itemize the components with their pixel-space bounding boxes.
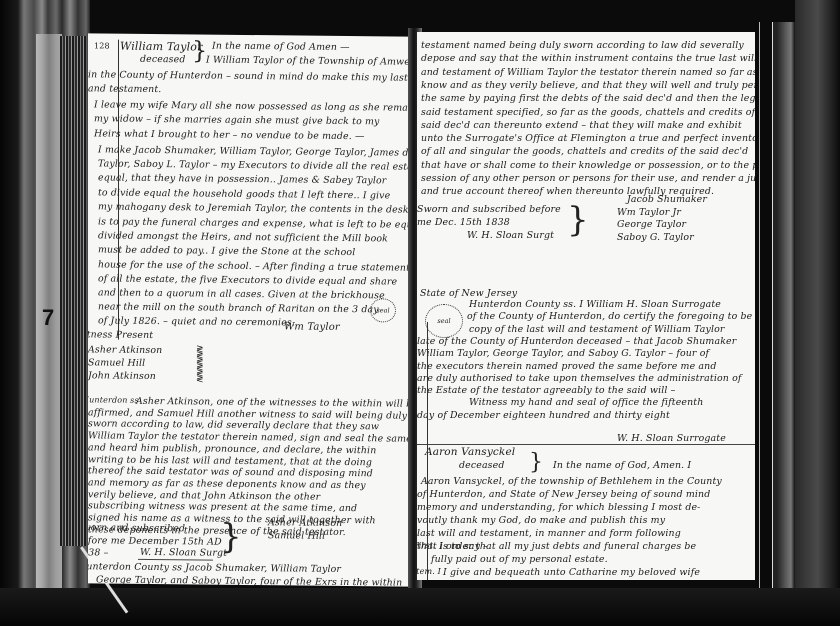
jurat-surrogate-left: W. H. Sloan Surgt [140,547,227,559]
manuscript-line: said dec'd can thereunto extend – that t… [421,120,742,131]
will-text-left: In the name of God Amen —I William Taylo… [88,33,410,36]
manuscript-line: of July 1826. – quiet and no ceremonies. [98,315,295,328]
page-edges-left [60,36,86,546]
manuscript-line: and then to a quorum in all cases. Given… [98,287,385,301]
scan-background-bottom [0,588,840,626]
manuscript-line: the Estate of the testator agreeably to … [417,385,676,396]
state-heading: State of New Jersey [420,288,517,299]
manuscript-line: Hunterdon County ss. I William H. Sloan … [469,299,721,310]
manuscript-line: I William Taylor of the Township of Amwe… [206,55,410,68]
witness-list: Asher AtkinsonSamuel HillJohn Atkinson [88,33,410,36]
manuscript-line: house for the use of the school. – After… [98,259,410,273]
book-cover-right [795,0,840,626]
manuscript-line: Taylor, Saboy L. Taylor – my Executors t… [98,158,410,172]
manuscript-line: session of any other person or persons f… [421,173,755,184]
manuscript-line: In the name of God, Amen. I [553,460,691,471]
manuscript-line: know and as they verily believe, and tha… [421,80,755,91]
jurat-brace-right: } [567,200,589,240]
manuscript-line: last will and testament, in manner and f… [417,528,681,539]
entry-name: William Taylor [120,40,202,54]
manuscript-line: of all the estate, the five Executors to… [98,273,397,287]
manuscript-line: divided amongst the Heirs, and not suffi… [98,230,388,244]
entry2-brace: } [529,450,543,475]
manuscript-line: day of December eighteen hundred and thi… [417,410,670,421]
entry-brace: } [192,36,207,64]
right-page: testament named being duly sworn accordi… [417,32,755,580]
manuscript-line: William Taylor, George Taylor, and Saboy… [417,348,709,359]
witness-heading: Witness Present [88,329,153,341]
witness-signature: John Atkinson [88,370,156,382]
manuscript-line: late of the County of Hunterdon deceased… [417,336,736,347]
executor-signature: Saboy G. Taylor [617,232,694,243]
entry2-name: Aaron Vansyckel [425,446,515,458]
executor-signature: Jacob Shumaker [627,194,707,205]
manuscript-line: voutly thank my God, do make and publish… [417,515,665,526]
testator-signature: Wm Taylor [284,321,340,333]
witness-proof-text: Asher Atkinson, one of the witnesses to … [88,33,410,36]
manuscript-line: said testament specified, so far as the … [421,107,755,118]
proof-margin-label: Hunterdon ss [88,395,139,405]
deponent-signature: Asher Atkinson [268,517,342,529]
manuscript-line: equal, that they have in possession.. Ja… [98,172,386,186]
manuscript-line: of the County of Hunterdon, do certify t… [467,311,755,322]
manuscript-line: In the name of God Amen — [212,41,350,53]
manuscript-line: copy of the last will and testament of W… [469,324,725,335]
signature-underline [138,559,213,561]
left-page: 128 William Taylor deceased } In the nam… [88,33,410,586]
entry-divider [417,444,755,445]
manuscript-line: the executors therein named proved the s… [417,361,717,372]
jurat-surrogate-right: W. H. Sloan Surgt [467,230,554,241]
manuscript-line: before me December 15th AD [88,535,222,548]
manuscript-line: must be added to pay.. I give the Stone … [98,244,355,258]
margin-rule-right [427,322,428,580]
manuscript-line: near the mill on the south branch of Rar… [98,301,379,315]
executor-signature: Wm Taylor Jr [617,207,681,218]
witness-brace-icon: ≷≷≷≷≷≷ [196,346,203,382]
manuscript-line: fully paid out of my personal estate. [431,554,608,565]
jurat-left: Sworn and subscribedbefore me December 1… [88,33,410,36]
manuscript-line: Witness my hand and seal of office the f… [469,397,703,408]
manuscript-line: memory and understanding, for which bles… [417,502,701,513]
item-tag: Item. I [417,567,441,576]
deponent-signature: Samuel Hill [268,530,325,542]
manuscript-line: 1838 – [88,547,108,558]
manuscript-line: of Hunterdon, and State of New Jersey be… [417,489,710,500]
wax-seal-icon: Wm Taylor sealseal [370,298,396,322]
manuscript-line: the same by paying first the debts of th… [421,93,755,104]
witness-signature: Asher Atkinson [88,344,162,356]
manuscript-line: Hunterdon County ss Jacob Shumaker, Will… [88,561,341,575]
manuscript-line: Sworn and subscribed before [417,204,561,215]
certificate-signature: W. H. Sloan Surrogate [617,433,726,444]
manuscript-line: I make Jacob Shumaker, William Taylor, G… [98,144,410,158]
manuscript-line: my mahogany desk to Jeremiah Taylor, the… [98,201,409,215]
manuscript-line: to divide equal the household goods that… [98,187,390,201]
manuscript-line: me Dec. 15th 1838 [417,217,510,228]
manuscript-line: and testament. [88,83,161,95]
manuscript-line: are duly authorised to take upon themsel… [417,373,742,384]
manuscript-line: I order that all my just debts and funer… [439,541,696,552]
manuscript-line: Heirs what I brought to her – no vendue … [94,128,364,142]
entry-status: deceased [140,54,186,65]
manuscript-line: in the County of Hunterdon – sound in mi… [88,69,410,84]
manuscript-line: depose and say that the within instrumen… [421,53,755,64]
page-edges-right [755,22,795,612]
reel-frame-number: 7 [42,305,54,331]
manuscript-line: Aaron Vansyckel, of the township of Beth… [421,476,722,487]
manuscript-line: my widow – if she marries again she must… [94,113,379,127]
manuscript-line: Sworn and subscribed [88,522,185,534]
manuscript-line: is to pay the funeral charges and expens… [98,216,410,230]
manuscript-line: unto the Surrogate's Office at Flemingto… [421,133,755,144]
executor-signature: George Taylor [617,219,686,230]
witness-signature: Samuel Hill [88,357,145,369]
manuscript-line: that have or shall come to their knowled… [421,160,755,171]
jurat-brace: } [220,517,242,557]
manuscript-line: I give and bequeath unto Catharine my be… [443,567,700,578]
entry2-status: deceased [459,460,505,471]
manuscript-line: testament named being duly sworn accordi… [421,40,744,51]
manuscript-line: of all and singular the goods, chattels … [421,146,748,157]
surrogate-seal-icon: seal [425,304,463,338]
manuscript-line: and testament of William Taylor the test… [421,67,755,78]
page-number: 128 [94,41,110,50]
manuscript-line: I leave my wife Mary all she now possess… [94,99,410,113]
executor-oath-start: Hunterdon County ss Jacob Shumaker, Will… [88,33,410,36]
manuscript-line: George Taylor, and Saboy Taylor, four of… [96,574,402,586]
deponent-signatures: Asher AtkinsonSamuel Hill [88,33,410,36]
